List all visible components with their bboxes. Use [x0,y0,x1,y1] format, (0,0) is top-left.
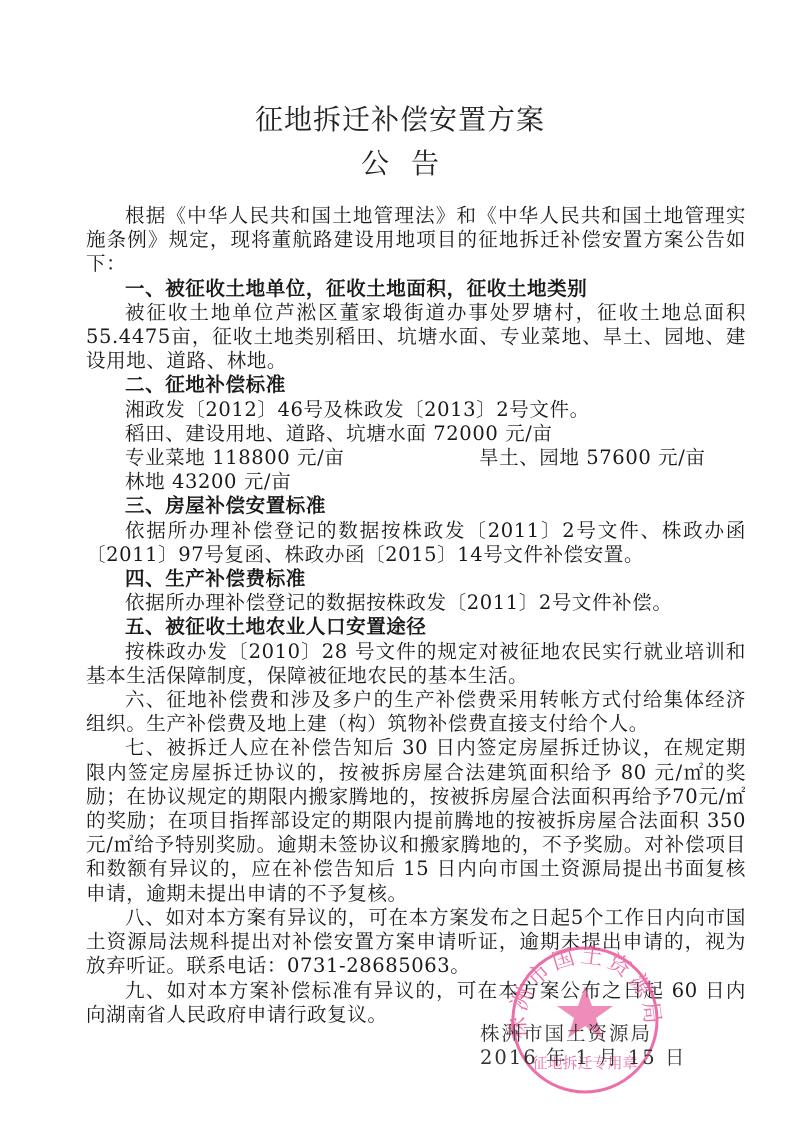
signature-date: 2016 年 1 月 15 日 [480,1046,686,1070]
section-1-heading: 一、被征收土地单位，征收土地面积，征收土地类别 [86,277,746,301]
section-1-text: 被征收土地单位芦淞区董家塅街道办事处罗塘村，征收土地总面积55.4475亩，征收… [86,301,746,374]
section-2-basis: 湘政发〔2012〕46号及株政发〔2013〕2号文件。 [86,398,746,422]
rate-row: 专业菜地 118800 元/亩 旱土、园地 57600 元/亩 [86,446,746,470]
document-body: 根据《中华人民共和国土地管理法》和《中华人民共和国土地管理实施条例》规定，现将董… [86,204,746,1027]
section-7-text: 七、被拆迁人应在补偿告知后 30 日内签定房屋拆迁协议，在规定期限内签定房屋拆迁… [86,736,746,905]
section-6-text: 六、征地补偿费和涉及多户的生产补偿费采用转帐方式付给集体经济组织。生产补偿费及地… [86,688,746,736]
section-3-text: 依据所办理补偿登记的数据按株政发〔2011〕2号文件、株政办函〔2011〕97号… [86,519,746,567]
section-4-heading: 四、生产补偿费标准 [86,567,746,591]
rate-dryland: 旱土、园地 57600 元/亩 [425,446,706,470]
section-3-heading: 三、房屋补偿安置标准 [86,494,746,518]
intro-paragraph: 根据《中华人民共和国土地管理法》和《中华人民共和国土地管理实施条例》规定，现将董… [86,204,746,277]
section-5-text: 按株政办发〔2010〕28 号文件的规定对被征地农民实行就业培训和基本生活保障制… [86,640,746,688]
rate-forest: 林地 43200 元/亩 [86,470,746,494]
section-4-text: 依据所办理补偿登记的数据按株政发〔2011〕2号文件补偿。 [86,591,746,615]
rate-vegetable: 专业菜地 118800 元/亩 [125,446,425,470]
official-seal: 株洲市国土资源局 征地拆迁专用章 [506,944,664,1094]
section-2-heading: 二、征地补偿标准 [86,373,746,397]
document-subtitle: 公告 [0,142,800,182]
signature-block: 株洲市国土资源局 2016 年 1 月 15 日 [480,1022,686,1070]
signature-org: 株洲市国土资源局 [480,1022,686,1046]
rate-paddy: 稻田、建设用地、道路、坑塘水面 72000 元/亩 [86,422,746,446]
section-5-heading: 五、被征收土地农业人口安置途径 [86,615,746,639]
document-title: 征地拆迁补偿安置方案 [0,98,800,138]
